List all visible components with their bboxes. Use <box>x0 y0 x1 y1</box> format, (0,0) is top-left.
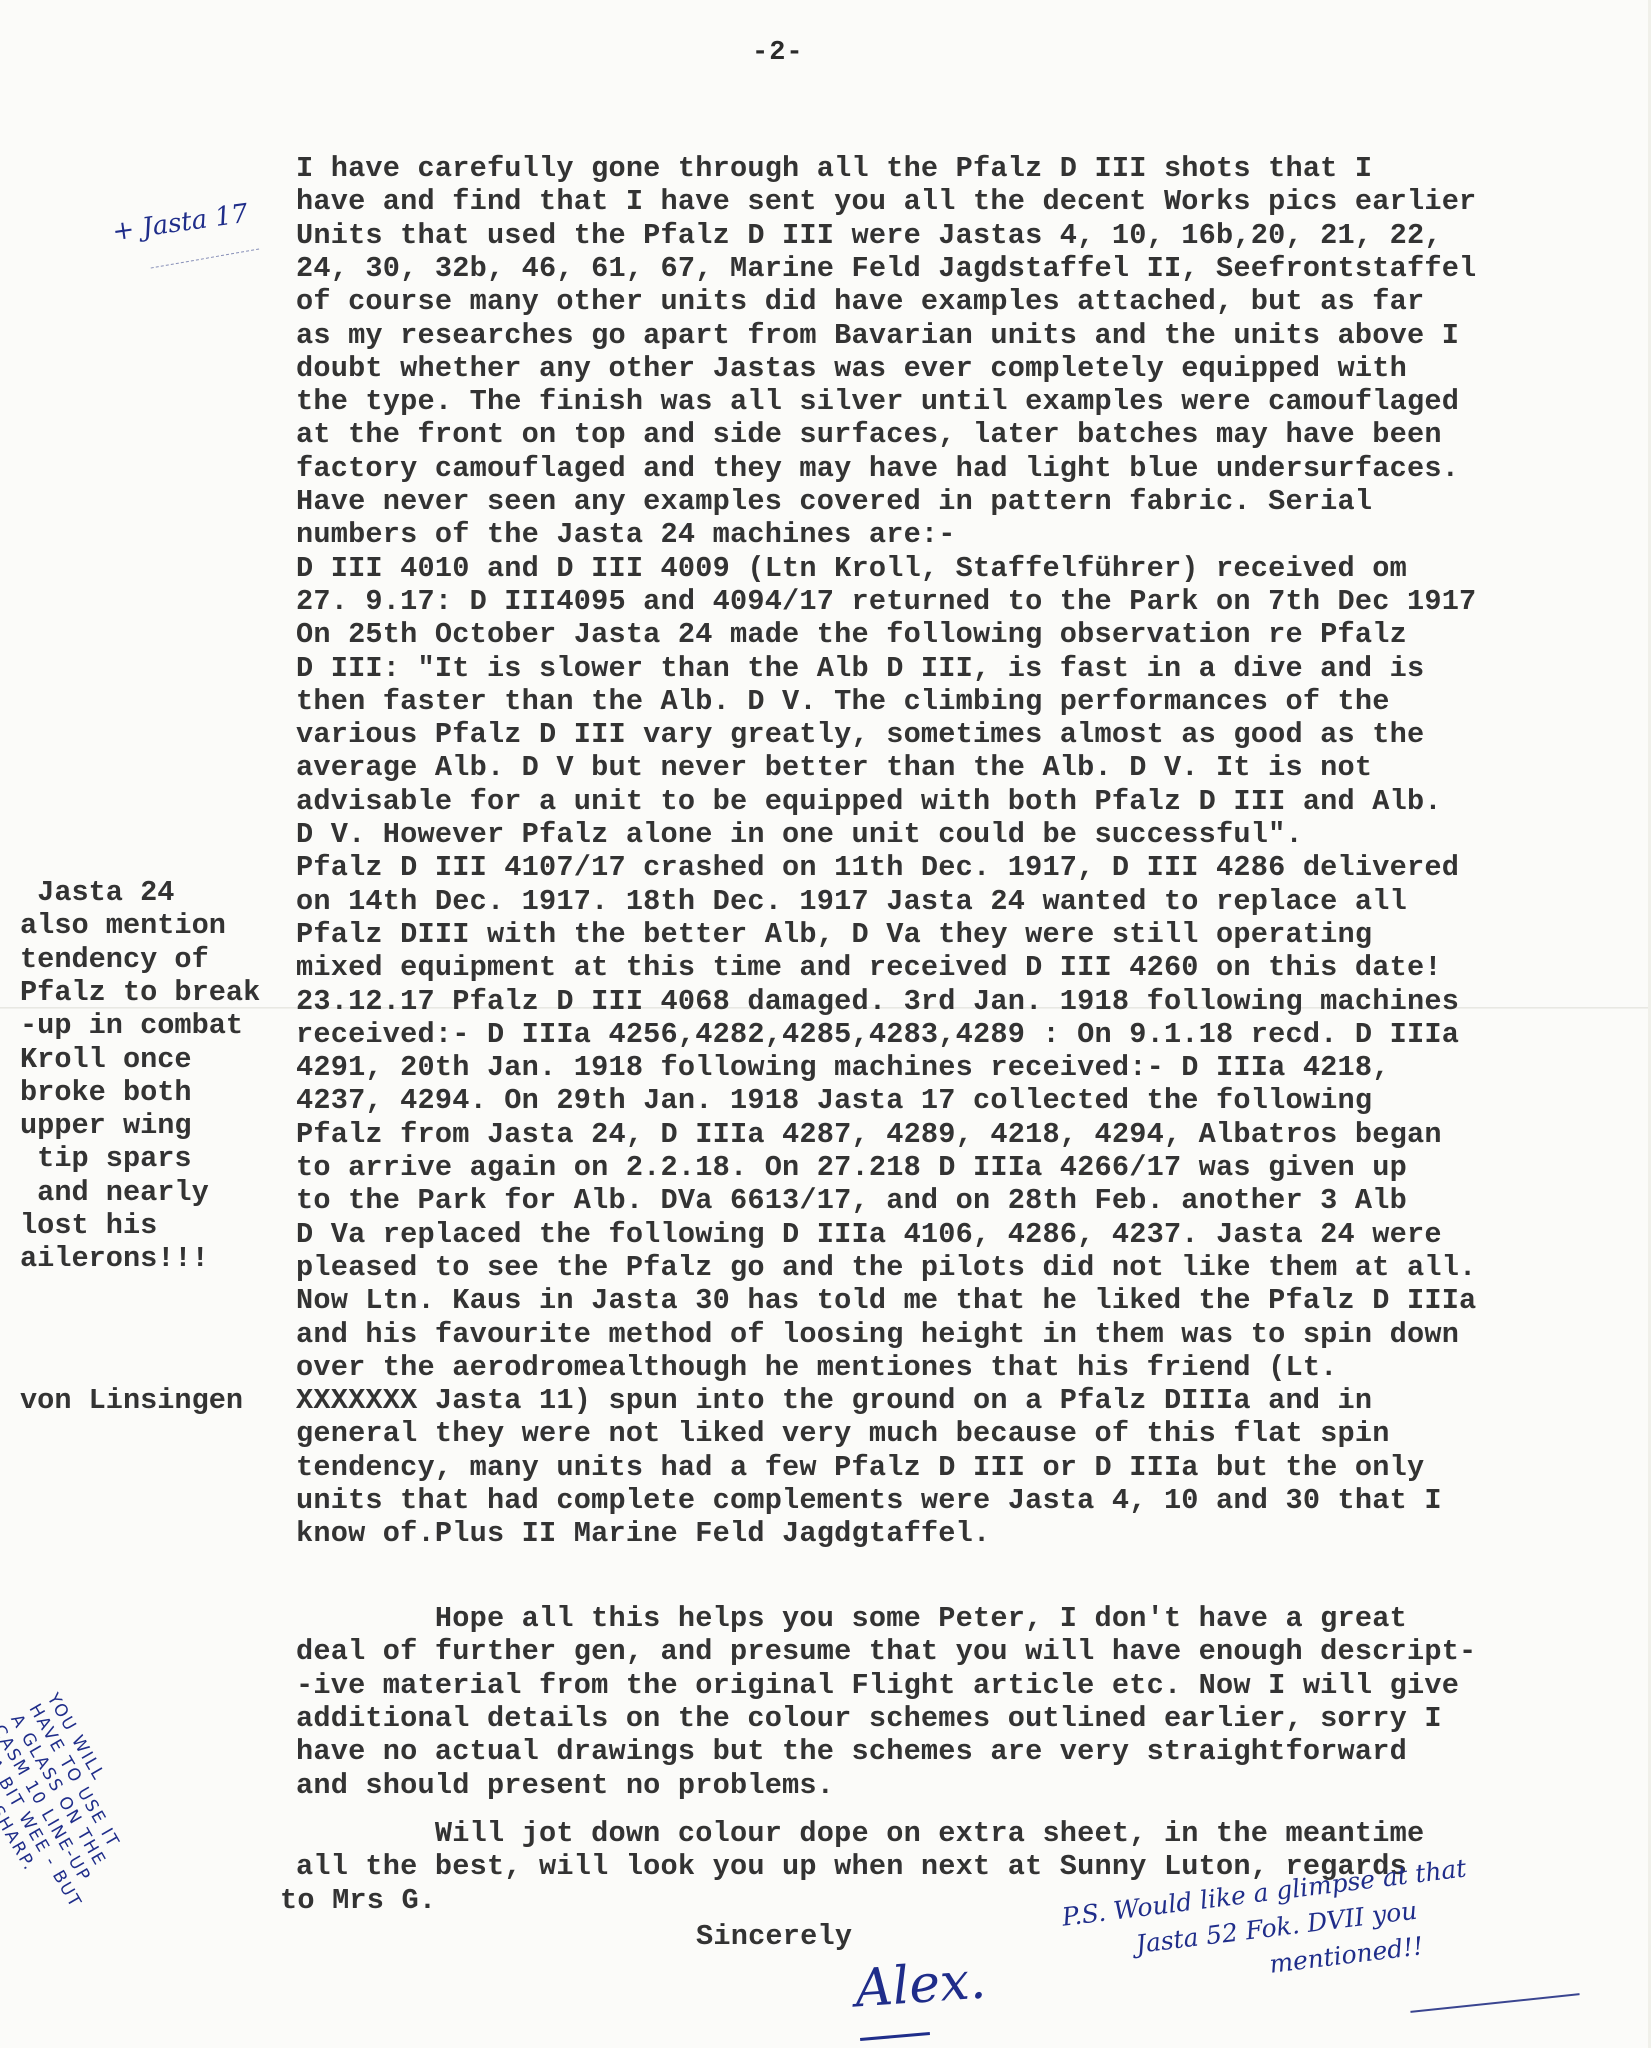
text-line: Pfalz D III 4107/17 crashed on 11th Dec.… <box>296 851 1459 884</box>
text-line: D V. However Pfalz alone in one unit cou… <box>296 818 1303 851</box>
text-line: and should present no problems. <box>296 1769 834 1802</box>
text-line: 27. 9.17: D III4095 and 4094/17 returned… <box>296 585 1476 618</box>
margin-note-line: -up in combat <box>20 1009 243 1042</box>
margin-note-line: Kroll once <box>20 1043 192 1076</box>
page-number: -2- <box>752 38 804 68</box>
text-line: average Alb. D V but never better than t… <box>296 751 1372 784</box>
text-line: pleased to see the Pfalz go and the pilo… <box>296 1251 1476 1284</box>
text-line: Will jot down colour dope on extra sheet… <box>296 1817 1424 1850</box>
text-line: numbers of the Jasta 24 machines are:- <box>296 518 956 551</box>
text-line: D III 4010 and D III 4009 (Ltn Kroll, St… <box>296 552 1407 585</box>
margin-note-line: ailerons!!! <box>20 1242 209 1275</box>
text-line: general they were not liked very much be… <box>296 1417 1390 1450</box>
text-line: On 25th October Jasta 24 made the follow… <box>296 618 1407 651</box>
text-line: to the Park for Alb. DVa 6613/17, and on… <box>296 1184 1407 1217</box>
margin-note-line: upper wing <box>20 1109 192 1142</box>
text-line: the type. The finish was all silver unti… <box>296 385 1459 418</box>
handwritten-jasta17-note: + Jasta 17 <box>111 199 250 248</box>
margin-note-line: Pfalz to break <box>20 976 260 1009</box>
text-line: 24, 30, 32b, 46, 61, 67, Marine Feld Jag… <box>296 252 1476 285</box>
text-line: -ive material from the original Flight a… <box>296 1669 1459 1702</box>
text-line: Hope all this helps you some Peter, I do… <box>296 1602 1407 1635</box>
text-line: additional details on the colour schemes… <box>296 1702 1442 1735</box>
handwritten-underline <box>151 248 260 269</box>
text-line: factory camouflaged and they may have ha… <box>296 452 1459 485</box>
text-line: have and find that I have sent you all t… <box>296 185 1476 218</box>
closing-line: to Mrs G. <box>280 1884 436 1917</box>
text-line: received:- D IIIa 4256,4282,4285,4283,42… <box>296 1018 1459 1051</box>
text-line: as my researches go apart from Bavarian … <box>296 319 1459 352</box>
margin-note-line: tip spars <box>20 1142 192 1175</box>
margin-note-linsingen: von Linsingen <box>20 1384 243 1417</box>
text-line: Pfalz from Jasta 24, D IIIa 4287, 4289, … <box>296 1118 1442 1151</box>
text-line: 23.12.17 Pfalz D III 4068 damaged. 3rd J… <box>296 985 1459 1018</box>
text-line: various Pfalz D III vary greatly, someti… <box>296 718 1424 751</box>
signature: Alex. <box>853 1951 988 2020</box>
text-line: Have never seen any examples covered in … <box>296 485 1372 518</box>
text-line: know of.Plus II Marine Feld Jagdgtaffel. <box>296 1517 990 1550</box>
text-line: to arrive again on 2.2.18. On 27.218 D I… <box>296 1151 1407 1184</box>
text-line: D Va replaced the following D IIIa 4106,… <box>296 1218 1442 1251</box>
margin-note-line: tendency of <box>20 943 209 976</box>
handwritten-glass-note: YOU WILLHAVE TO USE ITA GLASS ON THECASM… <box>0 1690 158 1923</box>
text-line: of course many other units did have exam… <box>296 285 1424 318</box>
text-line: have no actual drawings but the schemes … <box>296 1735 1407 1768</box>
text-line: over the aerodromealthough he mentiones … <box>296 1351 1338 1384</box>
text-line: I have carefully gone through all the Pf… <box>296 152 1372 185</box>
margin-note-line: broke both <box>20 1076 192 1109</box>
margin-note-line: also mention <box>20 909 226 942</box>
ps-underline <box>1410 1993 1579 2013</box>
text-line: at the front on top and side surfaces, l… <box>296 418 1442 451</box>
text-line: units that had complete complements were… <box>296 1484 1442 1517</box>
margin-note-line: lost his <box>20 1209 157 1242</box>
text-line: Units that used the Pfalz D III were Jas… <box>296 219 1442 252</box>
text-line: doubt whether any other Jastas was ever … <box>296 352 1407 385</box>
signature-underline <box>860 2032 930 2041</box>
text-line: XXXXXXX Jasta 11) spun into the ground o… <box>296 1384 1372 1417</box>
text-line: deal of further gen, and presume that yo… <box>296 1635 1476 1668</box>
margin-note-line: and nearly <box>20 1176 209 1209</box>
text-line: D III: "It is slower than the Alb D III,… <box>296 652 1424 685</box>
sign-off: Sincerely <box>696 1920 852 1953</box>
text-line: 4237, 4294. On 29th Jan. 1918 Jasta 17 c… <box>296 1084 1372 1117</box>
text-line: on 14th Dec. 1917. 18th Dec. 1917 Jasta … <box>296 885 1407 918</box>
margin-note-line: Jasta 24 <box>20 876 174 909</box>
text-line: 4291, 20th Jan. 1918 following machines … <box>296 1051 1390 1084</box>
text-line: and his favourite method of loosing heig… <box>296 1318 1459 1351</box>
text-line: Pfalz DIII with the better Alb, D Va the… <box>296 918 1372 951</box>
text-line: Now Ltn. Kaus in Jasta 30 has told me th… <box>296 1284 1476 1317</box>
text-line: tendency, many units had a few Pfalz D I… <box>296 1451 1424 1484</box>
text-line: mixed equipment at this time and receive… <box>296 951 1442 984</box>
text-line: advisable for a unit to be equipped with… <box>296 785 1442 818</box>
text-line: then faster than the Alb. D V. The climb… <box>296 685 1390 718</box>
